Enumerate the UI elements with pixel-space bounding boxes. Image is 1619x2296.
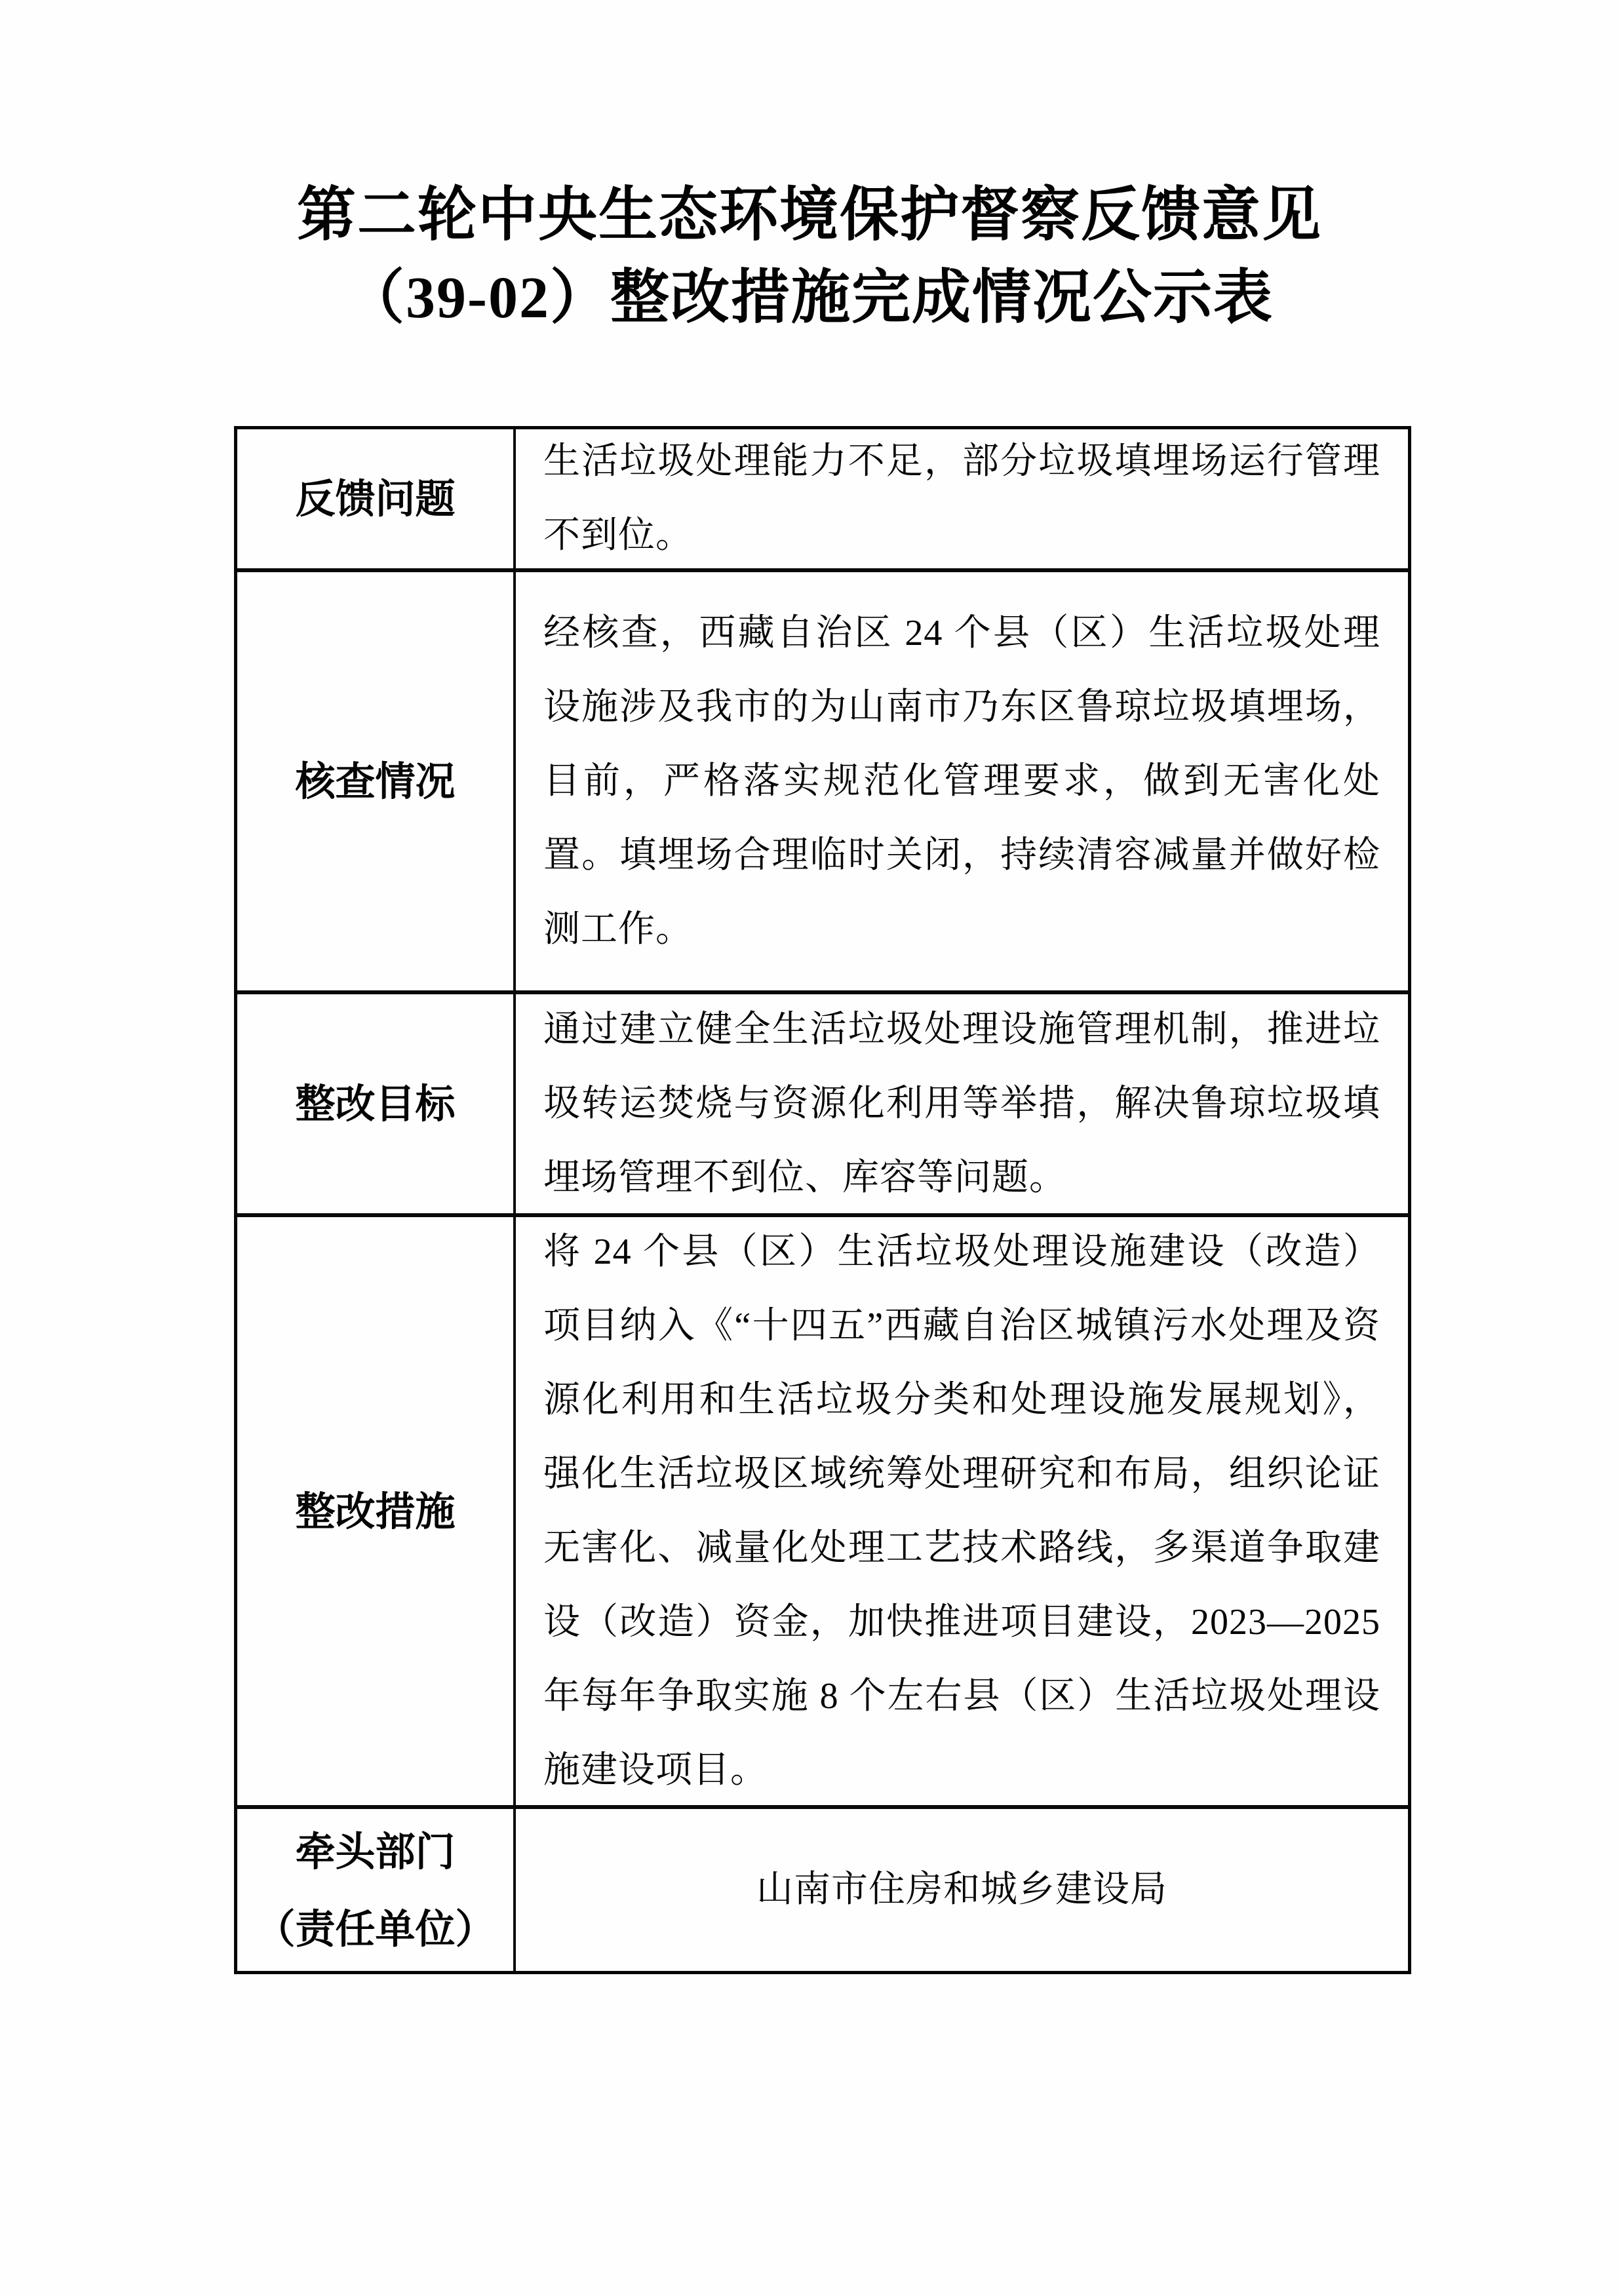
document-page: 第二轮中央生态环境保护督察反馈意见 （39-02）整改措施完成情况公示表 反馈问…	[0, 0, 1619, 2296]
table-row-rectification-measures: 整改措施 将 24 个县（区）生活垃圾处理设施建设（改造）项目纳入《“十四五”西…	[237, 1217, 1408, 1809]
row-header-rectification-goal: 整改目标	[237, 994, 516, 1213]
row-header-verification-status: 核查情况	[237, 572, 516, 990]
document-title: 第二轮中央生态环境保护督察反馈意见 （39-02）整改措施完成情况公示表	[0, 174, 1619, 340]
row-header-rectification-measures: 整改措施	[237, 1217, 516, 1805]
table-row-lead-department: 牵头部门 （责任单位） 山南市住房和城乡建设局	[237, 1809, 1408, 1971]
row-content-rectification-measures: 将 24 个县（区）生活垃圾处理设施建设（改造）项目纳入《“十四五”西藏自治区城…	[516, 1217, 1408, 1805]
row-content-feedback-problem: 生活垃圾处理能力不足，部分垃圾填埋场运行管理不到位。	[516, 429, 1408, 568]
row-content-rectification-goal: 通过建立健全生活垃圾处理设施管理机制，推进垃圾转运焚烧与资源化利用等举措，解决鲁…	[516, 994, 1408, 1213]
title-line-2: （39-02）整改措施完成情况公示表	[0, 257, 1619, 340]
title-line-1: 第二轮中央生态环境保护督察反馈意见	[0, 174, 1619, 257]
rectification-notice-table: 反馈问题 生活垃圾处理能力不足，部分垃圾填埋场运行管理不到位。 核查情况 经核查…	[234, 426, 1411, 1974]
table-row-feedback-problem: 反馈问题 生活垃圾处理能力不足，部分垃圾填埋场运行管理不到位。	[237, 429, 1408, 572]
row-header-lead-department: 牵头部门 （责任单位）	[237, 1809, 516, 1971]
row-header-feedback-problem: 反馈问题	[237, 429, 516, 568]
table-row-rectification-goal: 整改目标 通过建立健全生活垃圾处理设施管理机制，推进垃圾转运焚烧与资源化利用等举…	[237, 994, 1408, 1217]
table-row-verification-status: 核查情况 经核查，西藏自治区 24 个县（区）生活垃圾处理设施涉及我市的为山南市…	[237, 572, 1408, 994]
row-content-lead-department: 山南市住房和城乡建设局	[516, 1809, 1408, 1971]
row-content-verification-status: 经核查，西藏自治区 24 个县（区）生活垃圾处理设施涉及我市的为山南市乃东区鲁琼…	[516, 572, 1408, 990]
